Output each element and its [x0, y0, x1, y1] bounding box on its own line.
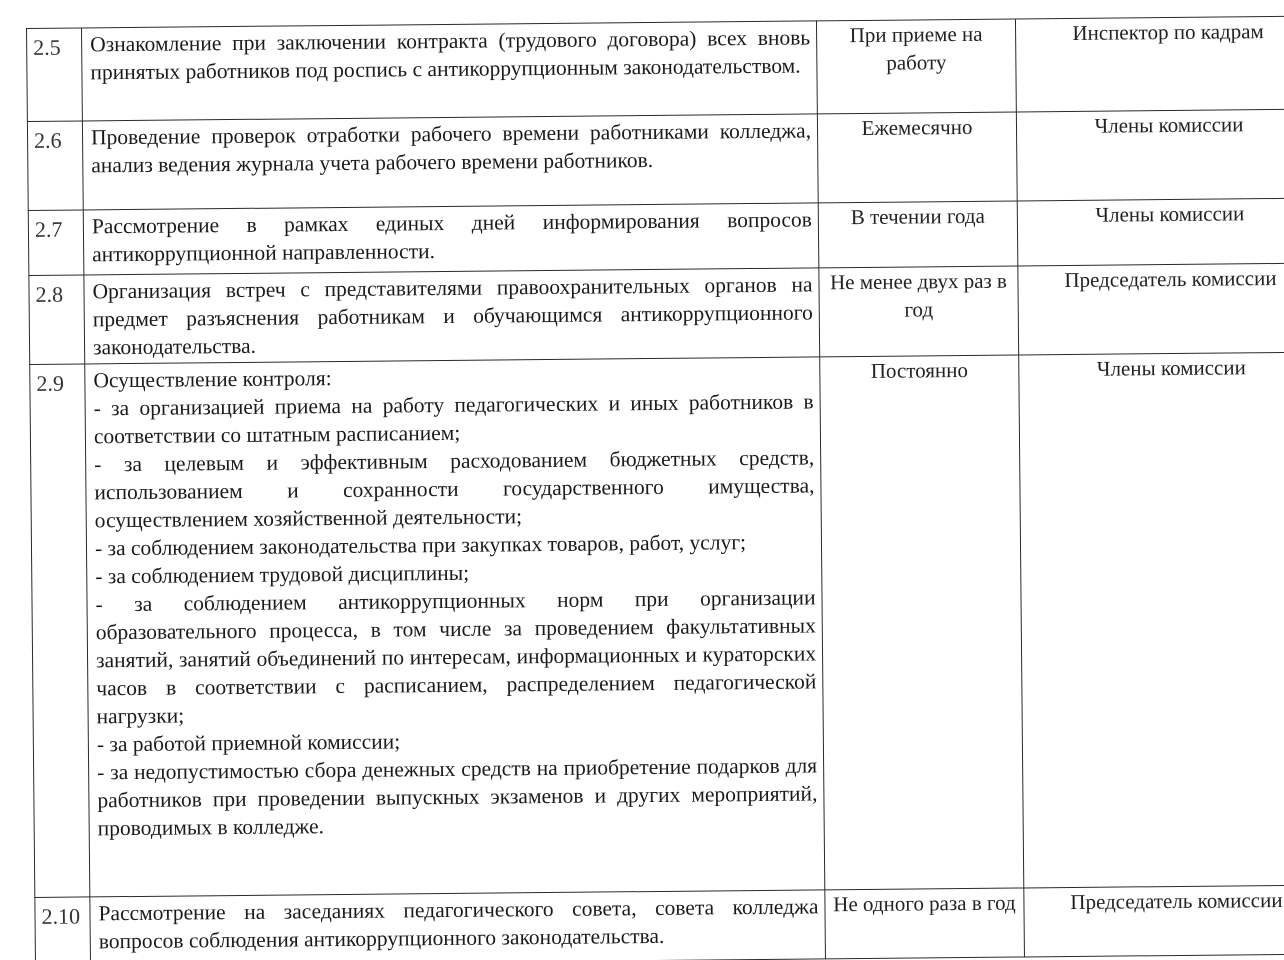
- document-page: 2.5 Ознакомление при заключении контракт…: [26, 16, 1284, 960]
- activity-text: Рассмотрение в рамках единых дней информ…: [83, 203, 819, 275]
- row-number: 2.10: [35, 897, 91, 960]
- responsible-text: Инспектор по кадрам: [1015, 16, 1284, 112]
- activity-text: Рассмотрение на заседаниях педагогическо…: [90, 890, 826, 960]
- anticorruption-plan-table: 2.5 Ознакомление при заключении контракт…: [26, 16, 1284, 960]
- table-row: 2.10 Рассмотрение на заседаниях педагоги…: [35, 885, 1284, 960]
- responsible-text: Члены комиссии: [1019, 352, 1284, 888]
- period-text: Не менее двух раз в год: [819, 266, 1019, 357]
- activity-item: - за организацией приема на работу педаг…: [94, 387, 815, 450]
- row-number: 2.7: [28, 210, 84, 276]
- activity-item: - за целевым и эффективным расходованием…: [94, 443, 815, 534]
- activity-item: - за соблюдением антикоррупционных норм …: [95, 583, 816, 730]
- table-row: 2.9 Осуществление контроля: - за организ…: [30, 352, 1284, 897]
- activity-text: Осуществление контроля: - за организацие…: [85, 357, 825, 897]
- activity-text: Организация встреч с представителями пра…: [84, 268, 820, 364]
- period-text: Ежемесячно: [817, 112, 1017, 203]
- activity-item: - за недопустимостью сбора денежных сред…: [97, 751, 818, 842]
- row-number: 2.6: [27, 121, 83, 211]
- table-row: 2.8 Организация встреч с представителями…: [29, 263, 1284, 364]
- activity-text: Ознакомление при заключении контракта (т…: [82, 21, 818, 121]
- period-text: В течении года: [818, 201, 1018, 268]
- period-text: Постоянно: [820, 355, 1024, 890]
- responsible-text: Председатель комиссии: [1018, 263, 1284, 355]
- period-text: Не одного раза в год: [825, 888, 1025, 959]
- responsible-text: Члены комиссии: [1017, 198, 1284, 266]
- row-number: 2.9: [30, 364, 90, 898]
- responsible-text: Председатель комиссии: [1024, 885, 1284, 957]
- table-row: 2.7 Рассмотрение в рамках единых дней ин…: [28, 198, 1284, 275]
- period-text: При приеме на работу: [816, 19, 1016, 114]
- table-row: 2.5 Ознакомление при заключении контракт…: [27, 16, 1284, 121]
- row-number: 2.5: [27, 28, 83, 122]
- responsible-text: Члены комиссии: [1016, 109, 1284, 201]
- table-row: 2.6 Проведение проверок отработки рабоче…: [27, 109, 1284, 210]
- row-number: 2.8: [29, 275, 85, 365]
- activity-text: Проведение проверок отработки рабочего в…: [82, 114, 818, 210]
